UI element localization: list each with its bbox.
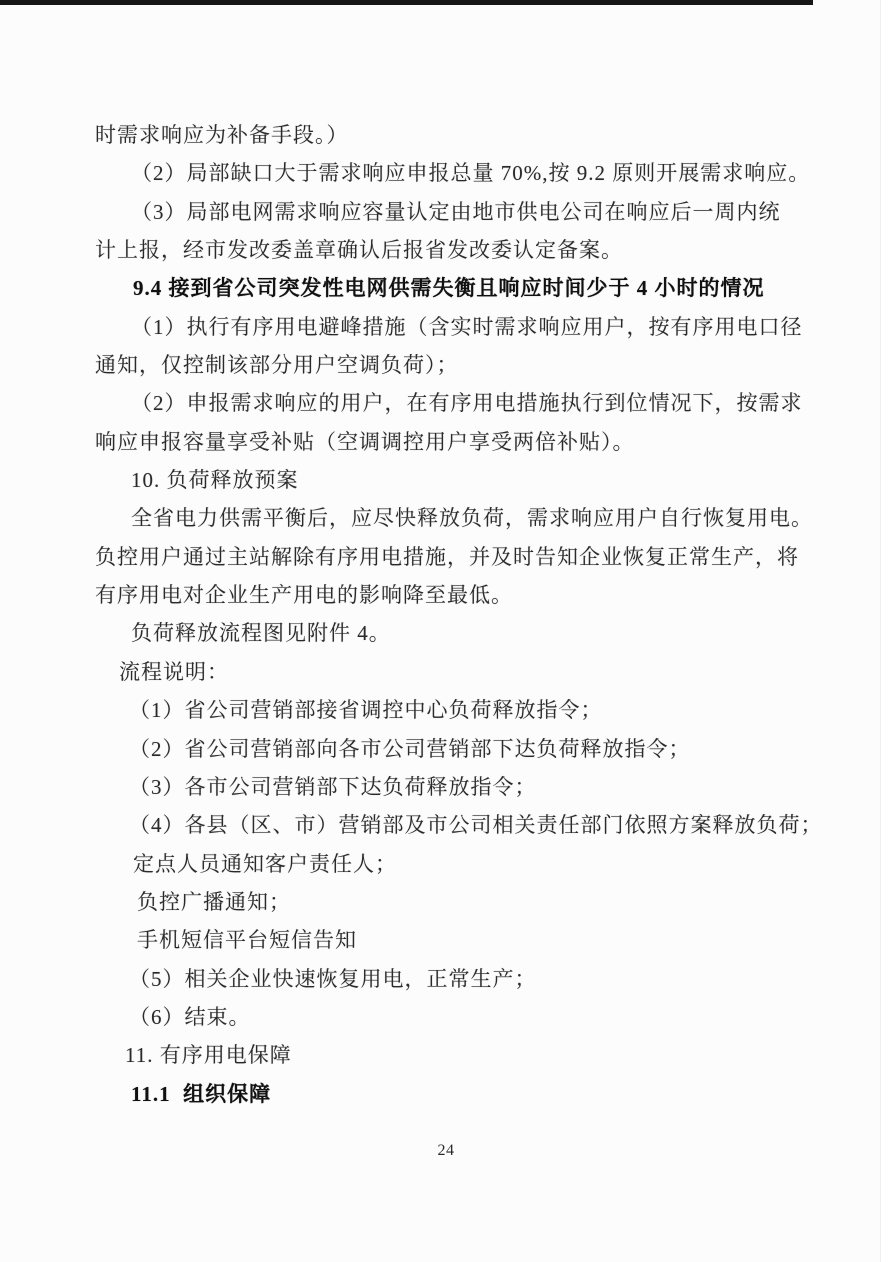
text-line: 定点人员通知客户责任人； [133,845,872,883]
text-line: 全省电力供需平衡后，应尽快释放负荷，需求响应用户自行恢复用电。 [131,499,872,537]
text-line: 手机短信平台短信告知 [137,921,872,959]
text-line: 响应申报容量享受补贴（空调调控用户享受两倍补贴）。 [95,423,872,461]
text-line: （1）省公司营销部接省调控中心负荷释放指令； [129,691,872,729]
scan-edge-strip [880,0,892,1262]
text-line: 负控用户通过主站解除有序用电措施，并及时告知企业恢复正常生产，将 [95,538,872,576]
text-line: （3）局部电网需求响应容量认定由地市供电公司在响应后一周内统 [131,193,872,231]
scan-artifact-bar [0,0,813,5]
text-line: 有序用电对企业生产用电的影响降至最低。 [95,576,872,614]
document-body: 时需求响应为补备手段。）（2）局部缺口大于需求响应申报总量 70%,按 9.2 … [95,116,872,1113]
text-line: （2）申报需求响应的用户，在有序用电措施执行到位情况下，按需求 [131,384,872,422]
text-line: 计上报，经市发改委盖章确认后报省发改委认定备案。 [95,231,872,269]
text-line: （2）局部缺口大于需求响应申报总量 70%,按 9.2 原则开展需求响应。 [131,154,872,192]
text-line: （3）各市公司营销部下达负荷释放指令； [129,768,872,806]
text-line: 负荷释放流程图见附件 4。 [131,614,872,652]
document-page: 时需求响应为补备手段。）（2）局部缺口大于需求响应申报总量 70%,按 9.2 … [0,0,892,1262]
text-line: （1）执行有序用电避峰措施（含实时需求响应用户，按有序用电口径 [131,308,872,346]
text-line: 10. 负荷释放预案 [131,461,872,499]
text-line: 时需求响应为补备手段。） [95,116,872,154]
text-line: （5）相关企业快速恢复用电，正常生产； [129,960,872,998]
text-line: 11. 有序用电保障 [125,1036,872,1074]
text-line: 负控广播通知； [137,883,872,921]
page-number: 24 [0,1141,892,1161]
text-line: （6）结束。 [129,998,872,1036]
text-line: 11.1 组织保障 [131,1075,872,1113]
text-line: （4）各县（区、市）营销部及市公司相关责任部门依照方案释放负荷； [129,806,872,844]
text-line: 流程说明： [119,653,872,691]
text-line: 9.4 接到省公司突发性电网供需失衡且响应时间少于 4 小时的情况 [133,269,872,307]
text-line: （2）省公司营销部向各市公司营销部下达负荷释放指令； [129,730,872,768]
text-line: 通知，仅控制该部分用户空调负荷）； [95,346,872,384]
